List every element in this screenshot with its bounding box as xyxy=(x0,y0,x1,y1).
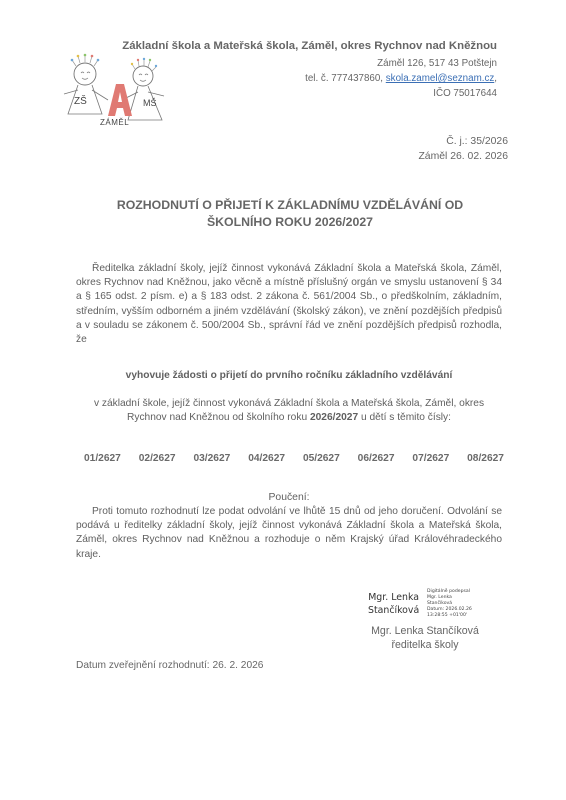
publication-date: Datum zveřejnění rozhodnutí: 26. 2. 2026 xyxy=(76,660,263,671)
child-number: 02/2627 xyxy=(139,453,176,464)
email-link[interactable]: skola.zamel@seznam.cz xyxy=(386,73,495,84)
school-ico: IČO 75017644 xyxy=(433,88,497,99)
signature-name-line-1: Mgr. Lenka xyxy=(368,591,419,604)
child-number: 06/2627 xyxy=(358,453,395,464)
verdict: vyhovuje žádosti o přijetí do prvního ro… xyxy=(76,370,502,381)
signature-meta-line: 13:28:55 +01'00' xyxy=(427,613,472,619)
child-number: 05/2627 xyxy=(303,453,340,464)
school-contact: tel. č. 777437860, skola.zamel@seznam.cz… xyxy=(305,73,497,84)
signature-name-line-2: Stančíková xyxy=(368,604,419,617)
title-line-2: ŠKOLNÍHO ROKU 2026/2027 xyxy=(80,214,500,231)
intro-text: Ředitelka základní školy, jejíž činnost … xyxy=(76,263,502,345)
signer-role: ředitelka školy xyxy=(340,638,510,652)
digital-signature-name: Mgr. Lenka Stančíková xyxy=(368,591,419,617)
digital-signature-meta: Digitálně podepsal Mgr. Lenka Stančíková… xyxy=(427,589,472,619)
instruction-paragraph: Proti tomuto rozhodnutí lze podat odvolá… xyxy=(76,505,502,562)
school-paragraph-suffix: u dětí s těmito čísly: xyxy=(358,412,451,423)
phone-text: tel. č. 777437860, xyxy=(305,73,386,84)
school-address: Záměl 126, 517 43 Potštejn xyxy=(377,58,497,69)
child-number: 01/2627 xyxy=(84,453,121,464)
instruction-text: Proti tomuto rozhodnutí lze podat odvolá… xyxy=(76,506,502,560)
title-line-1: ROZHODNUTÍ O PŘIJETÍ K ZÁKLADNÍMU VZDĚLÁ… xyxy=(80,197,500,214)
school-logo: ZŠ MŠ ZÁMĚL xyxy=(60,52,170,132)
child-number: 07/2627 xyxy=(412,453,449,464)
logo-label-ms: MŠ xyxy=(143,98,157,108)
intro-paragraph: Ředitelka základní školy, jejíž činnost … xyxy=(76,262,502,347)
logo-label-zs: ZŠ xyxy=(74,96,87,107)
child-numbers-list: 01/2627 02/2627 03/2627 04/2627 05/2627 … xyxy=(84,453,504,464)
child-number: 03/2627 xyxy=(193,453,230,464)
child-number: 08/2627 xyxy=(467,453,504,464)
logo-label-zamel: ZÁMĚL xyxy=(100,118,129,127)
school-name: Základní škola a Mateřská škola, Záměl, … xyxy=(100,40,497,52)
document-title: ROZHODNUTÍ O PŘIJETÍ K ZÁKLADNÍMU VZDĚLÁ… xyxy=(80,197,500,231)
instruction-heading: Poučení: xyxy=(76,492,502,503)
email-suffix: , xyxy=(494,73,497,84)
school-paragraph: v základní škole, jejíž činnost vykonává… xyxy=(76,397,502,425)
child-number: 04/2627 xyxy=(248,453,285,464)
place-date: Záměl 26. 02. 2026 xyxy=(418,151,508,162)
school-year: 2026/2027 xyxy=(310,412,358,423)
case-number: Č. j.: 35/2026 xyxy=(446,136,508,147)
signer-block: Mgr. Lenka Stančíková ředitelka školy xyxy=(340,624,510,652)
signer-name: Mgr. Lenka Stančíková xyxy=(340,624,510,638)
